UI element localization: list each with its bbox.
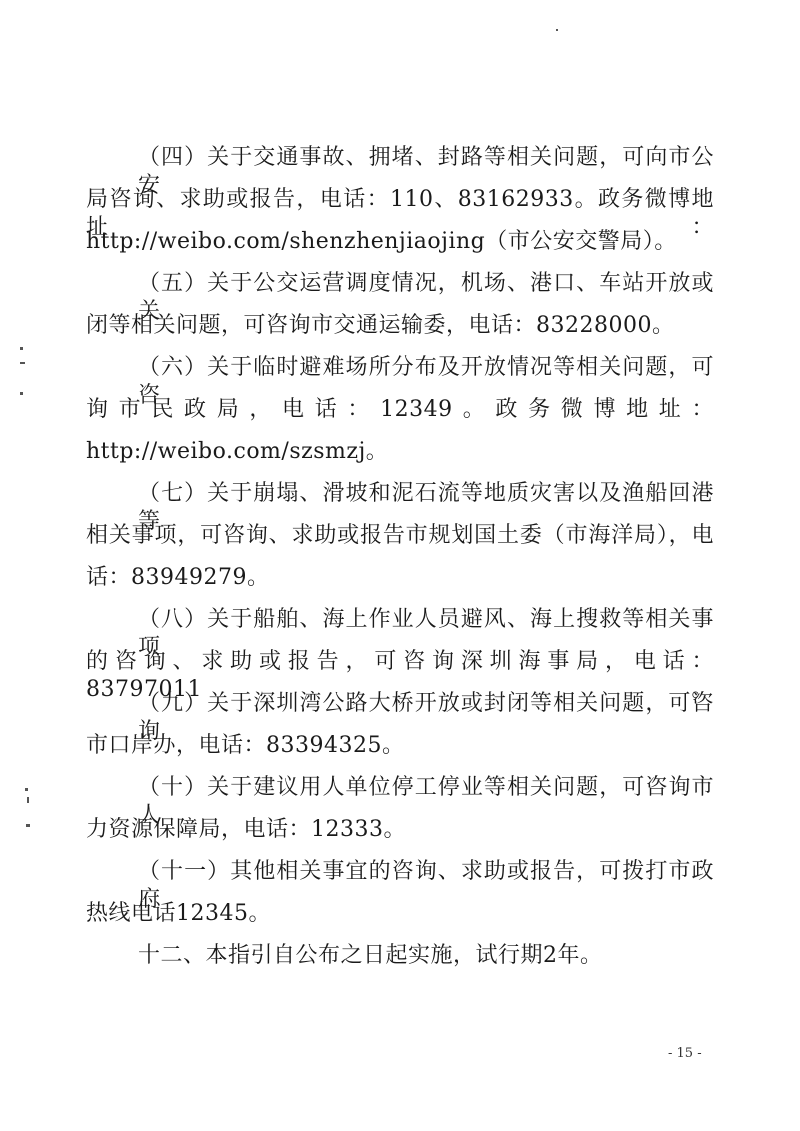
scan-speck bbox=[20, 362, 25, 364]
text-line: 话：83949279。 bbox=[86, 564, 714, 592]
scan-speck bbox=[25, 788, 28, 791]
text-line: 询市民政局，电话：12349。政务微博地址： bbox=[86, 396, 714, 424]
scan-speck bbox=[20, 392, 23, 395]
text-line: http://weibo.com/szsmzj。 bbox=[86, 438, 714, 466]
text-line: 市口岸办，电话：83394325。 bbox=[86, 732, 714, 760]
scan-speck bbox=[20, 347, 23, 350]
text-line: 相关事项，可咨询、求助或报告市规划国土委（市海洋局），电 bbox=[86, 522, 714, 550]
text-line: 十二、本指引自公布之日起实施，试行期2年。 bbox=[138, 942, 714, 970]
scan-speck bbox=[556, 29, 558, 31]
document-page: （四）关于交通事故、拥堵、封路等相关问题，可向市公安局咨询、求助或报告，电话：1… bbox=[0, 0, 800, 1131]
text-line: http://weibo.com/shenzhenjiaojing（市公安交警局… bbox=[86, 228, 714, 256]
text-line: 热线电话12345。 bbox=[86, 900, 714, 928]
text-line: 闭等相关问题，可咨询市交通运输委，电话：83228000。 bbox=[86, 312, 714, 340]
page-number: - 15 - bbox=[668, 1046, 702, 1061]
text-line: 力资源保障局，电话：12333。 bbox=[86, 816, 714, 844]
scan-speck bbox=[27, 797, 29, 803]
scan-speck bbox=[26, 824, 30, 827]
